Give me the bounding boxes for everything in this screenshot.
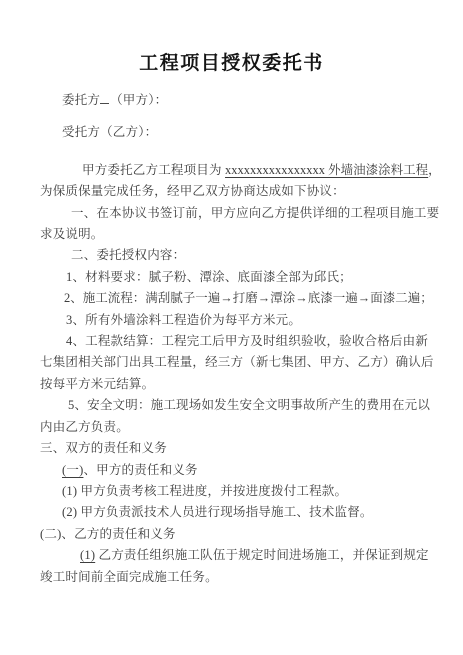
doc-line-b-duty-1-cont: 竣工时间前全面完成施工任务。 (40, 567, 457, 588)
fill-in-underline (100, 92, 109, 105)
doc-line-clause-1: 一、在本协议书签订前，甲方应向乙方提供详细的工程项目施工要 (40, 203, 457, 224)
doc-line-a-duty-2: (2) 甲方负责派技术人员进行现场指导施工、技术监督。 (40, 502, 457, 523)
doc-line-item-5-cont: 内由乙方负责。 (40, 417, 457, 438)
doc-line-item-4-cont2: 按每平方米元结算。 (40, 374, 457, 395)
intro-lead: 甲方委托乙方工程项目为 (82, 163, 225, 177)
section-a-marker: (一) (62, 463, 83, 477)
doc-line-section-a: (一)、甲方的责任和义务 (40, 460, 457, 481)
document-page: 工程项目授权委托书 委托方（甲方）： 受托方（乙方）： 甲方委托乙方工程项目为 … (0, 0, 463, 655)
party-a-label: 委托方 (62, 93, 100, 107)
section-a-text: 、甲方的责任和义务 (83, 463, 197, 477)
intro-tail: ， (428, 163, 441, 177)
document-title: 工程项目授权委托书 (0, 0, 463, 76)
doc-line-item-5: 5、安全文明：施工现场如发生安全文明事故所产生的费用在元以 (40, 395, 457, 416)
doc-line-item-4-cont1: 七集团相关部门出具工程量，经三方（新七集团、甲方、乙方）确认后 (40, 352, 457, 373)
project-name-underlined: xxxxxxxxxxxxxxxx 外墙油漆涂料工程 (225, 163, 428, 177)
doc-line-a-duty-1: (1) 甲方负责考核工程进度，并按进度拨付工程款。 (40, 481, 457, 502)
doc-line-item-4: 4、工程款结算：工程完工后甲方及时组织验收，验收合格后由新 (40, 331, 457, 352)
b-duty-1-marker: (1) (80, 548, 95, 562)
b-duty-1-text: 乙方责任组织施工队伍于规定时间进场施工，并保证到规定 (95, 548, 429, 562)
doc-line-agreement: 为保质保量完成任务，经甲乙双方协商达成如下协议： (40, 181, 457, 202)
document-body: 委托方（甲方）： 受托方（乙方）： 甲方委托乙方工程项目为 xxxxxxxxxx… (0, 90, 463, 588)
intro-line: 甲方委托乙方工程项目为 xxxxxxxxxxxxxxxx 外墙油漆涂料工程， (40, 160, 457, 181)
party-b-line: 受托方（乙方）： (40, 122, 457, 143)
party-a-paren: （甲方）： (110, 93, 167, 107)
doc-line-clause-2: 二、委托授权内容： (40, 245, 457, 266)
doc-line-clause-1-cont: 求及说明。 (40, 224, 457, 245)
doc-line-item-2: 2、施工流程：满刮腻子一遍→打磨→潭涂→底漆一遍→面漆二遍； (40, 288, 457, 309)
doc-line-section-b: (二)、乙方的责任和义务 (40, 524, 457, 545)
party-a-line: 委托方（甲方）： (40, 90, 457, 111)
doc-line-clause-3: 三、双方的责任和义务 (40, 438, 457, 459)
doc-line-item-1: 1、材料要求：腻子粉、潭涂、底面漆全部为邱氏； (40, 267, 457, 288)
doc-line-item-3: 3、所有外墙涂料工程造价为每平方米元。 (40, 310, 457, 331)
doc-line-b-duty-1: (1) 乙方责任组织施工队伍于规定时间进场施工，并保证到规定 (40, 545, 457, 566)
